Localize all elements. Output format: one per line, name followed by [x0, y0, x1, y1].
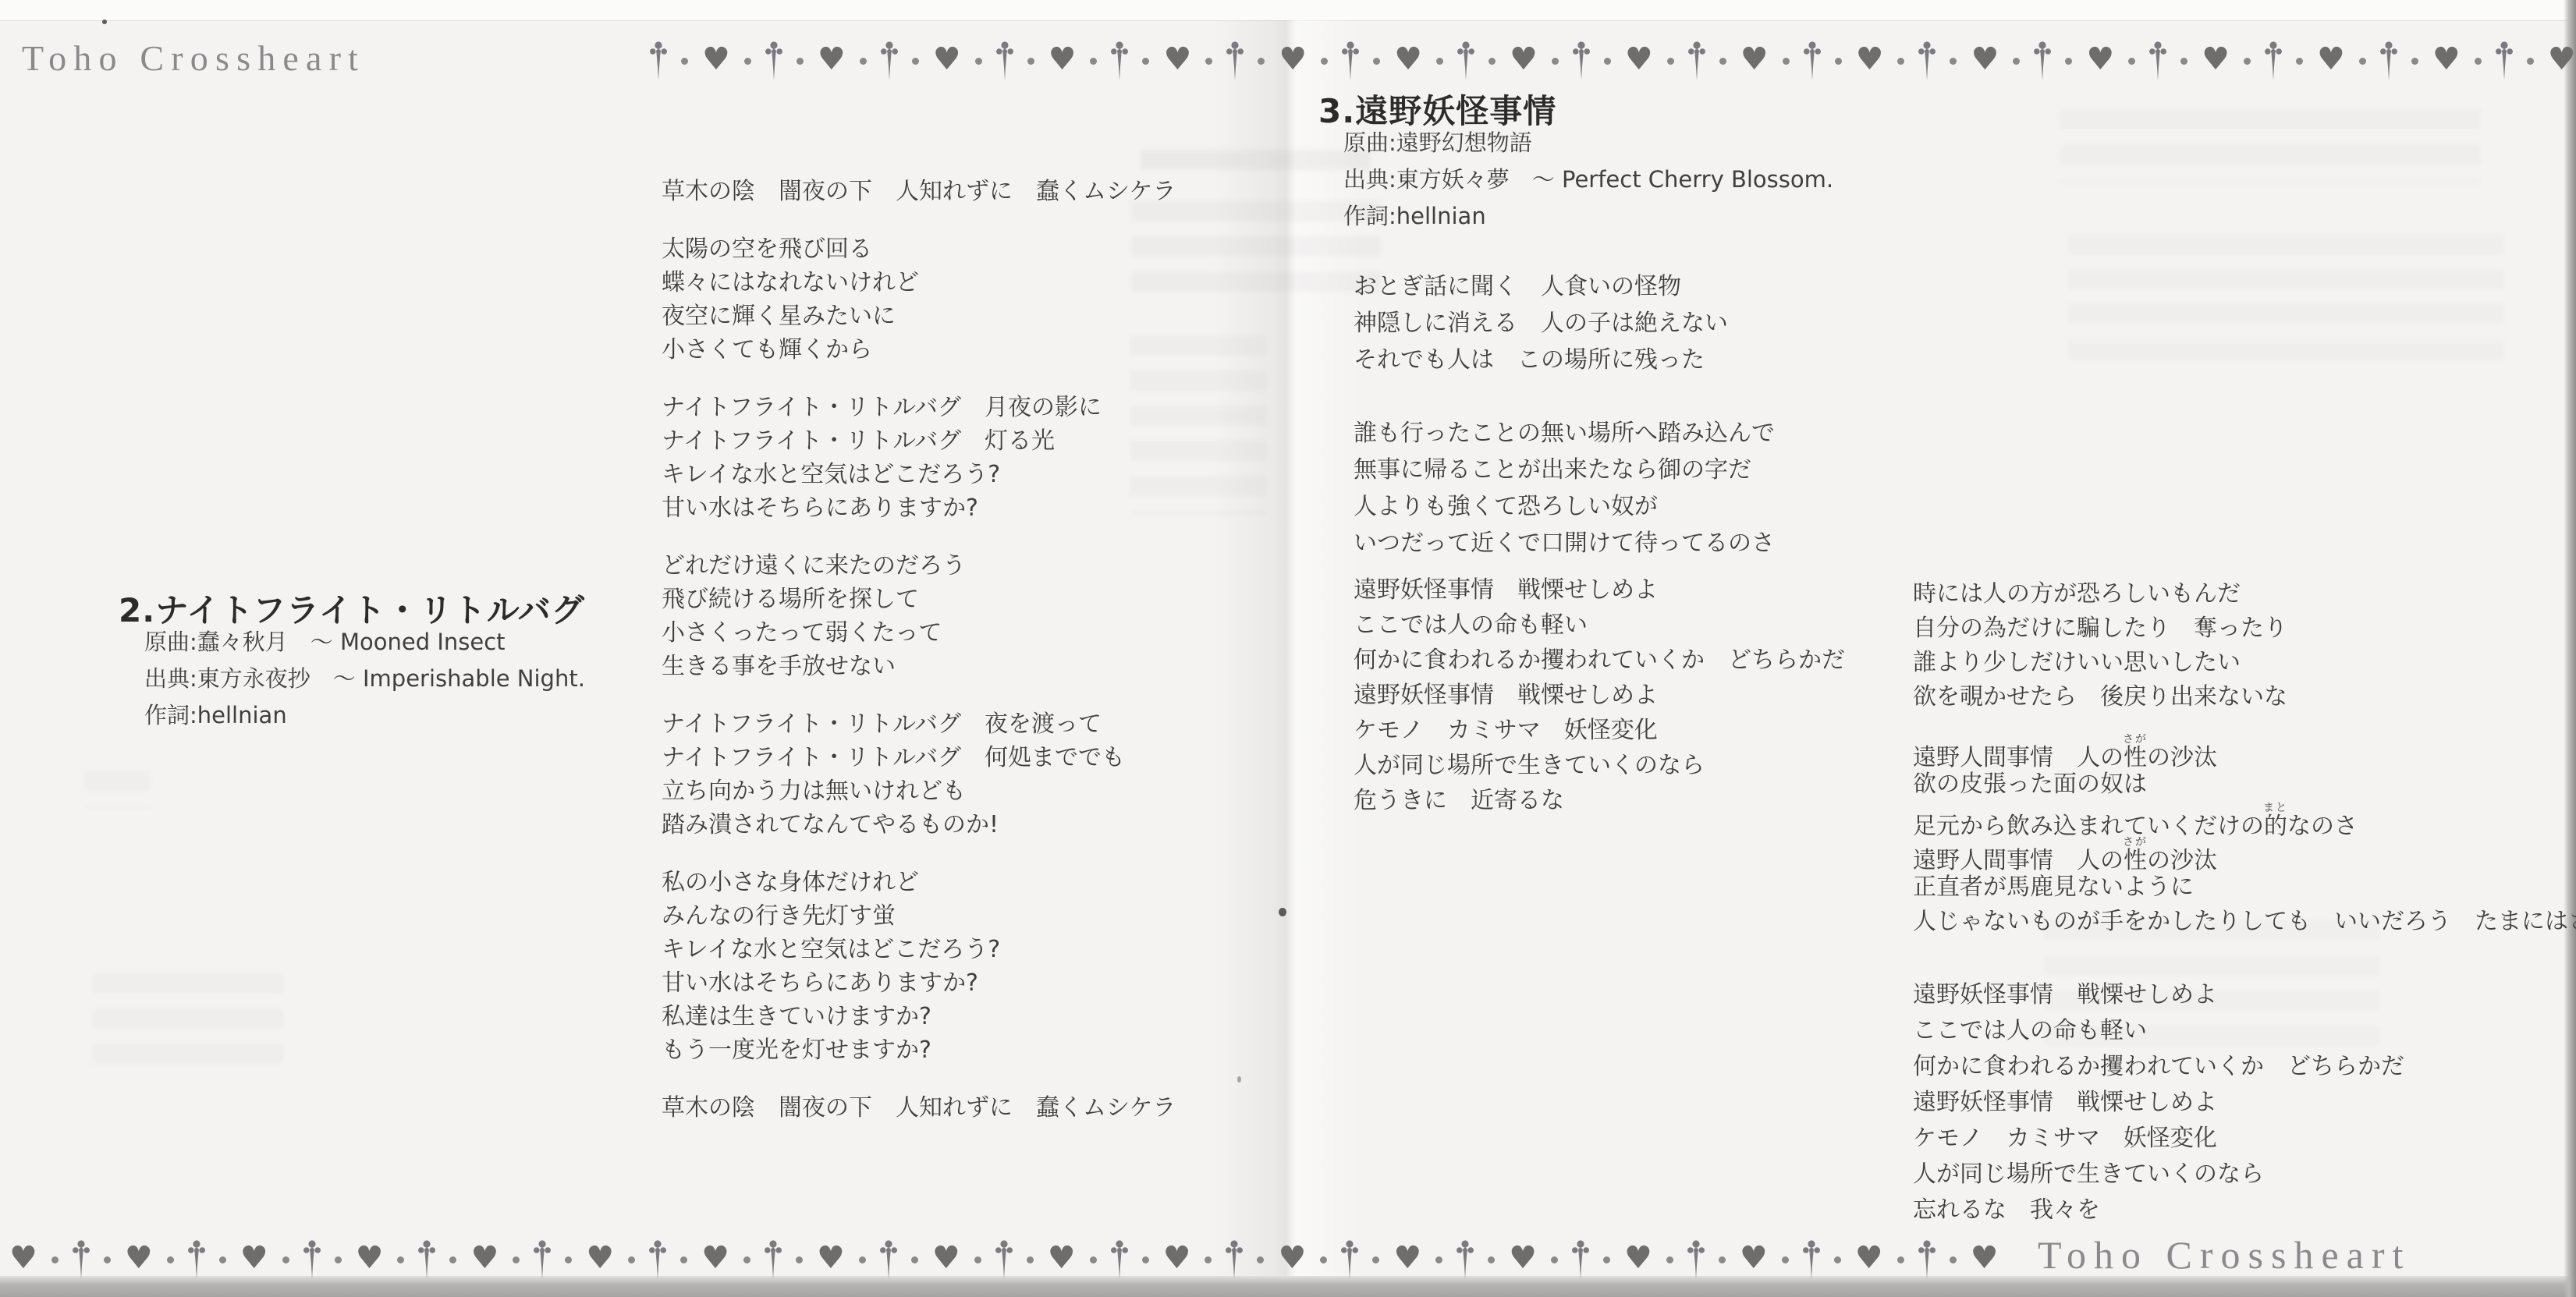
dot-icon	[974, 1256, 981, 1263]
heart-icon: ♥	[125, 1242, 153, 1274]
cross-icon	[881, 40, 898, 82]
cross-icon	[2149, 40, 2166, 82]
heart-icon: ♥	[1856, 44, 1884, 75]
heart-icon: ♥	[1393, 1242, 1421, 1274]
lyric-line: みんなの行き先灯す蛍	[662, 899, 1176, 933]
credit-line: 原曲:遠野幻想物語	[1343, 125, 1833, 161]
dot-icon	[797, 58, 804, 65]
lyric-line: 草木の陰 闇夜の下 人知れずに 蠢くムシケラ	[662, 175, 1176, 208]
bleed-through-text	[2060, 109, 2481, 183]
stanza: 遠野妖怪事情 戦慄せしめよここでは人の命も軽い何かに食われるか攫われていくか ど…	[1913, 977, 2576, 1228]
dot-icon	[2411, 58, 2418, 65]
dot-icon	[1897, 58, 1904, 65]
lyric-line: 夜空に輝く星みたいに	[662, 299, 1176, 333]
cross-icon	[303, 1239, 321, 1281]
lyric-line: ナイトフライト・リトルバグ 何処まででも	[662, 741, 1176, 774]
dot-icon	[1783, 58, 1790, 65]
cross-icon	[650, 40, 667, 82]
dot-icon	[1142, 1256, 1149, 1263]
lyric-line: 遠野妖怪事情 戦慄せしめよ	[1913, 1085, 2576, 1121]
dot-icon	[680, 1256, 687, 1263]
dot-icon	[1552, 58, 1559, 65]
dot-icon	[449, 1256, 456, 1263]
heart-icon: ♥	[586, 1242, 614, 1274]
lyric-line: おとぎ話に聞く 人食いの怪物	[1354, 268, 1845, 305]
stanza: ナイトフライト・リトルバグ 月夜の影にナイトフライト・リトルバグ 灯る光キレイな…	[662, 391, 1176, 525]
lyric-line: 人が同じ場所で生きていくのなら	[1913, 1157, 2576, 1192]
heart-icon: ♥	[356, 1242, 384, 1274]
dot-icon	[743, 1256, 750, 1263]
credit-line: 出典:東方永夜抄 ～ Imperishable Night.	[144, 661, 585, 697]
dot-icon	[1782, 1256, 1789, 1263]
dot-icon	[1257, 1256, 1264, 1263]
lyric-line: 忘れるな 我々を	[1913, 1192, 2576, 1228]
dot-icon	[1372, 1256, 1379, 1263]
dot-icon	[1488, 1256, 1495, 1263]
dot-icon	[681, 58, 688, 65]
dot-icon	[1719, 58, 1726, 65]
dot-icon	[860, 58, 867, 65]
heart-icon: ♥	[1971, 44, 1999, 75]
dot-icon	[1603, 1256, 1610, 1263]
stanza: 私の小さな身体だけれどみんなの行き先灯す蛍キレイな水と空気はどこだろう?甘い水は…	[662, 866, 1176, 1067]
lyric-line: 甘い水はそちらにありますか?	[662, 491, 1176, 525]
cross-icon	[765, 1239, 782, 1281]
dot-icon	[912, 58, 919, 65]
heart-icon: ♥	[240, 1242, 268, 1274]
dot-icon	[1719, 1256, 1726, 1263]
lyric-line: 誰より少しだけいい思いしたい	[1913, 646, 2576, 680]
heart-icon: ♥	[9, 1242, 37, 1274]
cross-icon	[1342, 40, 1359, 82]
lyric-line: 飛び続ける場所を探して	[662, 583, 1176, 616]
dot-icon	[1551, 1256, 1558, 1263]
stanza: 時には人の方が恐ろしいもんだ自分の為だけに騙したり 奪ったり誰より少しだけいい思…	[1913, 577, 2576, 714]
lyric-line: ケモノ カミサマ 妖怪変化	[1354, 713, 1845, 748]
lyric-line: ナイトフライト・リトルバグ 月夜の影に	[662, 391, 1176, 424]
stanza: 遠野人間事情 人の性さがの沙汰欲の皮張った面の奴は足元から飲み込まれていくだけの…	[1913, 733, 2576, 939]
cross-icon	[2380, 40, 2397, 82]
heart-icon: ♥	[1625, 44, 1653, 75]
dust-speck	[102, 19, 107, 24]
lyric-line: 神隠しに消える 人の子は絶えない	[1354, 305, 1845, 342]
dot-icon	[911, 1256, 918, 1263]
cross-icon	[2034, 40, 2051, 82]
cross-icon	[1688, 40, 1705, 82]
dot-icon	[219, 1256, 226, 1263]
lyric-line: ここでは人の命も軽い	[1354, 608, 1845, 643]
bleed-through-text	[2067, 234, 2504, 370]
dot-icon	[1897, 1256, 1904, 1263]
lyric-line: いつだって近くで口開けて待ってるのさ	[1354, 525, 1845, 562]
dot-icon	[1666, 1256, 1673, 1263]
dot-icon	[1027, 1256, 1034, 1263]
cross-icon	[765, 40, 782, 82]
lyric-line: 遠野妖怪事情 戦慄せしめよ	[1354, 678, 1845, 713]
dot-icon	[2296, 58, 2303, 65]
dot-icon	[282, 1256, 289, 1263]
dot-icon	[1604, 58, 1611, 65]
lyric-line: 立ち向かう力は無いけれども	[662, 774, 1176, 808]
dot-icon	[1320, 1256, 1327, 1263]
lyric-line: 何かに食われるか攫われていくか どちらかだ	[1354, 643, 1845, 678]
dot-icon	[744, 58, 751, 65]
cross-icon	[1226, 1239, 1243, 1281]
lyric-line: 小さくても輝くから	[662, 333, 1176, 367]
dot-icon	[2244, 58, 2251, 65]
stanza: 遠野妖怪事情 戦慄せしめよここでは人の命も軽い何かに食われるか攫われていくか ど…	[1354, 572, 1845, 818]
lyric-line: ここでは人の命も軽い	[1913, 1013, 2576, 1049]
heart-icon: ♥	[1048, 44, 1077, 75]
lyric-line: 何かに食われるか攫われていくか どちらかだ	[1913, 1049, 2576, 1085]
dot-icon	[1258, 58, 1265, 65]
dot-icon	[1090, 1256, 1097, 1263]
song2-lyrics-column: 草木の陰 闇夜の下 人知れずに 蠢くムシケラ太陽の空を飛び回る蝶々にはなれないけ…	[662, 175, 1176, 1149]
cross-icon	[1111, 1239, 1128, 1281]
lyric-line: 欲を覗かせたら 後戻り出来ないな	[1913, 680, 2576, 714]
cross-icon	[1687, 1239, 1705, 1281]
credit-line: 出典:東方妖々夢 ～ Perfect Cherry Blossom.	[1343, 161, 1833, 198]
dust-speck	[1237, 1076, 1241, 1083]
dot-icon	[1488, 58, 1496, 65]
heart-icon: ♥	[702, 44, 730, 75]
dot-icon	[2527, 58, 2534, 65]
stanza: ナイトフライト・リトルバグ 夜を渡ってナイトフライト・リトルバグ 何処まででも立…	[662, 707, 1176, 842]
cross-icon	[1918, 1239, 1936, 1281]
lyric-line: 時には人の方が恐ろしいもんだ	[1913, 577, 2576, 611]
cross-icon	[1226, 40, 1244, 82]
heart-icon: ♥	[1048, 1242, 1076, 1274]
cross-icon	[1918, 40, 1936, 82]
song3-lyrics-column-1: おとぎ話に聞く 人食いの怪物神隠しに消える 人の子は絶えないそれでも人は この場…	[1354, 268, 1845, 842]
dot-icon	[1027, 58, 1034, 65]
lyric-line: 太陽の空を飛び回る	[662, 232, 1176, 266]
dot-icon	[2475, 58, 2482, 65]
dot-icon	[1142, 58, 1149, 65]
song3-lyrics-column-2: 時には人の方が恐ろしいもんだ自分の為だけに騙したり 奪ったり誰より少しだけいい思…	[1913, 577, 2576, 1253]
lyric-line: 無事に帰ることが出来たなら御の字だ	[1354, 452, 1845, 488]
heart-icon: ♥	[1971, 1242, 1999, 1274]
heart-icon: ♥	[1279, 44, 1307, 75]
stanza: どれだけ遠くに来たのだろう飛び続ける場所を探して小さくったって弱くたって生きる事…	[662, 549, 1176, 683]
dot-icon	[1950, 1256, 1957, 1263]
dot-icon	[975, 58, 982, 65]
dot-icon	[2065, 58, 2072, 65]
heart-icon: ♥	[818, 44, 846, 75]
dot-icon	[2359, 58, 2366, 65]
dot-icon	[513, 1256, 520, 1263]
cross-icon	[880, 1239, 897, 1281]
heart-icon: ♥	[817, 1242, 845, 1274]
cross-icon	[2496, 40, 2513, 82]
dot-icon	[1090, 58, 1097, 65]
dot-icon	[104, 1256, 111, 1263]
lyric-line: 私達は生きていけますか?	[662, 1000, 1176, 1033]
dot-icon	[1436, 58, 1443, 65]
heart-icon: ♥	[1740, 44, 1769, 75]
lyric-line: 自分の為だけに騙したり 奪ったり	[1913, 611, 2576, 646]
cross-icon	[996, 40, 1013, 82]
cross-icon	[1457, 1239, 1474, 1281]
lyric-line: ケモノ カミサマ 妖怪変化	[1913, 1121, 2576, 1157]
cross-icon	[534, 1239, 551, 1281]
stanza: 草木の陰 闇夜の下 人知れずに 蠢くムシケラ	[662, 1091, 1176, 1125]
cross-icon	[1804, 40, 1821, 82]
heart-icon: ♥	[1509, 1242, 1537, 1274]
cross-icon	[1803, 1239, 1820, 1281]
dust-speck	[1279, 908, 1286, 916]
bleed-through-text	[92, 973, 283, 1071]
heart-icon: ♥	[1163, 1242, 1191, 1274]
bleed-through-text	[84, 771, 151, 808]
lyric-line: 誰も行ったことの無い場所へ踏み込んで	[1354, 415, 1845, 452]
ornament-border-top: ♥♥♥♥♥♥♥♥♥♥♥♥♥♥♥♥♥♥	[650, 35, 2576, 87]
dot-icon	[2180, 58, 2187, 65]
stanza: 草木の陰 闇夜の下 人知れずに 蠢くムシケラ	[662, 175, 1176, 208]
lyric-line: 人が同じ場所で生きていくのなら	[1354, 748, 1845, 783]
dot-icon	[51, 1256, 59, 1263]
cross-icon	[418, 1239, 435, 1281]
lyric-line: キレイな水と空気はどこだろう?	[662, 933, 1176, 966]
heart-icon: ♥	[1163, 44, 1191, 75]
heart-icon: ♥	[2432, 44, 2461, 75]
cross-icon	[2265, 40, 2282, 82]
dot-icon	[1373, 58, 1380, 65]
song2-credits: 原曲:蠢々秋月 ～ Mooned Insect出典:東方永夜抄 ～ Imperi…	[144, 624, 585, 734]
lyric-line: キレイな水と空気はどこだろう?	[662, 458, 1176, 491]
heart-icon: ♥	[1394, 44, 1422, 75]
heart-icon: ♥	[1510, 44, 1538, 75]
heart-icon: ♥	[1855, 1242, 1883, 1274]
heart-icon: ♥	[2548, 44, 2576, 75]
heart-icon: ♥	[932, 1242, 960, 1274]
furigana-ruby: 的まと	[2264, 813, 2287, 840]
stanza: おとぎ話に聞く 人食いの怪物神隠しに消える 人の子は絶えないそれでも人は この場…	[1354, 268, 1845, 378]
cross-icon	[995, 1239, 1013, 1281]
dot-icon	[2128, 58, 2135, 65]
heart-icon: ♥	[1278, 1242, 1306, 1274]
cross-icon	[1341, 1239, 1358, 1281]
dot-icon	[859, 1256, 866, 1263]
stanza: 誰も行ったことの無い場所へ踏み込んで無事に帰ることが出来たなら御の字だ人よりも強…	[1354, 415, 1845, 562]
cross-icon	[73, 1239, 90, 1281]
dot-icon	[1667, 58, 1674, 65]
lyric-line: 欲の皮張った面の奴は	[1913, 767, 2576, 802]
dot-icon	[628, 1256, 635, 1263]
lyric-line: 人よりも強くて恐ろしい奴が	[1354, 488, 1845, 525]
dot-icon	[1435, 1256, 1442, 1263]
lyric-line: ナイトフライト・リトルバグ 夜を渡って	[662, 707, 1176, 741]
lyric-line: 草木の陰 闇夜の下 人知れずに 蠢くムシケラ	[662, 1091, 1176, 1125]
heart-icon: ♥	[2086, 44, 2114, 75]
lyric-line: 遠野人間事情 人の性さがの沙汰	[1913, 733, 2576, 767]
lyric-line: 危うきに 近寄るな	[1354, 783, 1845, 818]
cross-icon	[1573, 40, 1590, 82]
dot-icon	[565, 1256, 572, 1263]
cross-icon	[1111, 40, 1128, 82]
heart-icon: ♥	[2317, 44, 2345, 75]
stanza: 太陽の空を飛び回る蝶々にはなれないけれど夜空に輝く星みたいに小さくても輝くから	[662, 232, 1176, 367]
dot-icon	[2013, 58, 2020, 65]
lyric-line: 小さくったって弱くたって	[662, 616, 1176, 650]
lyric-line: どれだけ遠くに来たのだろう	[662, 549, 1176, 583]
lyric-line: 人じゃないものが手をかしたりしても いいだろう たまにはさ	[1913, 905, 2576, 939]
song3-credits: 原曲:遠野幻想物語出典:東方妖々夢 ～ Perfect Cherry Bloss…	[1343, 125, 1833, 235]
heart-icon: ♥	[470, 1242, 499, 1274]
lyric-line: それでも人は この場所に残った	[1354, 342, 1845, 378]
dot-icon	[397, 1256, 404, 1263]
scanner-top-edge	[0, 0, 2576, 21]
cross-icon	[649, 1239, 666, 1281]
dot-icon	[167, 1256, 174, 1263]
dot-icon	[1835, 58, 1842, 65]
dot-icon	[796, 1256, 803, 1263]
lyric-line: 蝶々にはなれないけれど	[662, 266, 1176, 299]
heart-icon: ♥	[2202, 44, 2230, 75]
heart-icon: ♥	[933, 44, 961, 75]
lyric-line: 正直者が馬鹿見ないように	[1913, 870, 2576, 905]
album-title-top: Toho Crossheart	[22, 37, 365, 79]
credit-line: 原曲:蠢々秋月 ～ Mooned Insect	[144, 624, 585, 661]
lyric-line: 生きる事を手放せない	[662, 650, 1176, 683]
heart-icon: ♥	[1740, 1242, 1768, 1274]
heart-icon: ♥	[701, 1242, 729, 1274]
dot-icon	[1950, 58, 1957, 65]
album-title-bottom: Toho Crossheart	[2038, 1232, 2411, 1278]
dot-icon	[1205, 58, 1212, 65]
lyric-line: ナイトフライト・リトルバグ 灯る光	[662, 424, 1176, 458]
cross-icon	[1457, 40, 1474, 82]
dot-icon	[1205, 1256, 1212, 1263]
credit-line: 作詞:hellnian	[1343, 198, 1833, 235]
ornament-border-bottom: ♥♥♥♥♥♥♥♥♥♥♥♥♥♥♥♥♥♥♥	[9, 1234, 2007, 1285]
dot-icon	[1834, 1256, 1841, 1263]
credit-line: 作詞:hellnian	[144, 697, 585, 734]
cross-icon	[1572, 1239, 1589, 1281]
lyric-line: もう一度光を灯せますか?	[662, 1033, 1176, 1067]
lyric-line: 遠野妖怪事情 戦慄せしめよ	[1354, 572, 1845, 608]
lyric-line: 遠野妖怪事情 戦慄せしめよ	[1913, 977, 2576, 1013]
dot-icon	[1321, 58, 1328, 65]
lyric-line: 踏み潰されてなんてやるものか!	[662, 808, 1176, 842]
heart-icon: ♥	[1624, 1242, 1652, 1274]
lyric-line: 足元から飲み込まれていくだけの的まとなのさ	[1913, 802, 2576, 836]
lyric-line: 私の小さな身体だけれど	[662, 866, 1176, 899]
lyric-line: 甘い水はそちらにありますか?	[662, 966, 1176, 1000]
dot-icon	[335, 1256, 342, 1263]
cross-icon	[188, 1239, 205, 1281]
